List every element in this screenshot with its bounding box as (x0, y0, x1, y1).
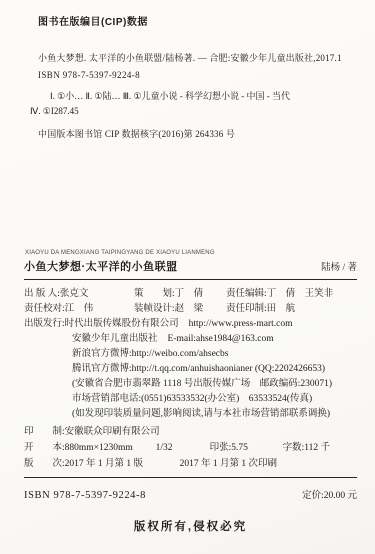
press-row: 安徽少年儿童出版社E-mail:ahse1984@163.com (72, 332, 357, 347)
title-row: 小鱼大梦想·太平洋的小鱼联盟 陆杨 / 著 (24, 258, 357, 280)
edition-label: 版 次: (24, 456, 65, 472)
credit-value: 丁 倩 (175, 289, 204, 299)
credit-label: 责任校对: (24, 304, 65, 314)
cip-class-line-1: Ⅰ. ①小… Ⅱ. ①陆… Ⅲ. ①儿童小说 - 科学幻想小说 - 中国 - 当… (50, 89, 357, 104)
publisher-website: http://www.press-mart.com (189, 317, 293, 332)
credit-value: 赵 梁 (175, 304, 204, 314)
credit-label: 责任印制: (226, 304, 267, 314)
isbn-price-row: ISBN 978-7-5397-9224-8 定价:20.00 元 (24, 477, 357, 501)
credit-proofreader: 责任校对:江 伟 (24, 302, 134, 317)
press-email: E-mail:ahse1984@163.com (168, 332, 274, 347)
title-pinyin: XIAOYU DA MENGXIANG TAIPINGYANG DE XIAOY… (25, 250, 357, 256)
address-line: (安徽省合肥市翡翠路 1118 号出版传媒广场 邮政编码:230071) (72, 377, 357, 392)
credit-label: 责任编辑: (226, 289, 267, 299)
printer-row: 印 制:安徽联众印刷有限公司 (24, 424, 357, 440)
credit-designer: 装帧设计:赵 梁 (134, 302, 226, 317)
credit-planner: 策 划:丁 倩 (134, 287, 226, 302)
marketing-phone-line: 市场营销部电话:(0551)63533532(办公室) 63533524(传真) (72, 392, 357, 407)
author-credit: 陆杨 / 著 (321, 259, 357, 273)
credit-publisher-person: 出 版 人:张克文 (24, 287, 134, 302)
credit-label: 策 划: (134, 289, 175, 299)
cip-header: 图书在版编目(CIP)数据 (38, 15, 357, 30)
credit-editor: 责任编辑:丁 倩 王笑非 (226, 287, 357, 302)
price: 定价:20.00 元 (302, 487, 357, 501)
printed-sheets: 印张:5.75 (210, 440, 283, 456)
word-count: 字数:112 千 (283, 440, 330, 456)
credit-value: 田 航 (267, 304, 296, 314)
publisher-row: 出版发行:时代出版传媒股份有限公司http://www.press-mart.c… (24, 317, 357, 332)
publisher-label: 出版发行: (24, 317, 65, 332)
cip-entry-line: 小鱼大梦想. 太平洋的小鱼联盟/陆杨著. — 合肥:安徽少年儿童出版社,2017… (38, 50, 357, 66)
sina-weibo-line: 新浪官方微博:http://weibo.com/ahsecbs (72, 347, 357, 362)
credits-row: 责任校对:江 伟 装帧设计:赵 梁 责任印制:田 航 (24, 302, 357, 317)
copyright-notice: 版权所有,侵权必究 (24, 518, 357, 534)
edition-value: 2017 年 1 月第 1 版 (65, 456, 180, 472)
format-fraction: 1/32 (156, 440, 210, 456)
printing-info: 印 制:安徽联众印刷有限公司 开 本:880mm×1230mm1/32印张:5.… (24, 424, 357, 472)
printer-name: 安徽联众印刷有限公司 (65, 424, 160, 440)
credit-print-supervisor: 责任印制:田 航 (226, 302, 357, 317)
quality-note-line: (如发现印装质量问题,影响阅读,请与本社市场营销部联系调换) (72, 407, 357, 422)
cip-block: 图书在版编目(CIP)数据 小鱼大梦想. 太平洋的小鱼联盟/陆杨著. — 合肥:… (38, 15, 357, 142)
cip-class-line-2: Ⅳ. ①I287.45 (30, 104, 357, 119)
cip-record-number: 中国版本图书馆 CIP 数据核字(2016)第 264336 号 (38, 127, 357, 142)
format-size: 880mm×1230mm (65, 440, 156, 456)
format-label: 开 本: (24, 440, 65, 456)
isbn-number: ISBN 978-7-5397-9224-8 (24, 490, 146, 501)
edition-row: 版 次:2017 年 1 月第 1 版2017 年 1 月第 1 次印刷 (24, 456, 357, 472)
staff-credits: 出 版 人:张克文 策 划:丁 倩 责任编辑:丁 倩 王笑非 责任校对:江 伟 … (24, 287, 357, 317)
cip-isbn: ISBN 978-7-5397-9224-8 (38, 67, 357, 83)
colophon-block: XIAOYU DA MENGXIANG TAIPINGYANG DE XIAOY… (24, 250, 357, 534)
cip-classification: Ⅰ. ①小… Ⅱ. ①陆… Ⅲ. ①儿童小说 - 科学幻想小说 - 中国 - 当… (38, 89, 357, 119)
tencent-weibo-line: 腾讯官方微博:http://t.qq.com/anhuishaonianer (… (72, 362, 357, 377)
publisher-company: 时代出版传媒股份有限公司 (65, 317, 179, 332)
credit-value: 丁 倩 王笑非 (267, 289, 334, 299)
printer-label: 印 制: (24, 424, 65, 440)
credit-value: 江 伟 (65, 304, 94, 314)
credits-row: 出 版 人:张克文 策 划:丁 倩 责任编辑:丁 倩 王笑非 (24, 287, 357, 302)
book-copyright-page: 图书在版编目(CIP)数据 小鱼大梦想. 太平洋的小鱼联盟/陆杨著. — 合肥:… (0, 0, 375, 554)
page-content: 图书在版编目(CIP)数据 小鱼大梦想. 太平洋的小鱼联盟/陆杨著. — 合肥:… (24, 0, 357, 534)
credit-value: 张克文 (60, 289, 89, 299)
credit-label: 装帧设计: (134, 304, 175, 314)
credit-label: 出 版 人: (24, 289, 60, 299)
press-name: 安徽少年儿童出版社 (72, 332, 158, 347)
impression-value: 2017 年 1 月第 1 次印刷 (180, 456, 277, 472)
publishing-info: 出版发行:时代出版传媒股份有限公司http://www.press-mart.c… (24, 317, 357, 422)
book-title: 小鱼大梦想·太平洋的小鱼联盟 (24, 258, 178, 274)
format-row: 开 本:880mm×1230mm1/32印张:5.75字数:112 千 (24, 440, 357, 456)
